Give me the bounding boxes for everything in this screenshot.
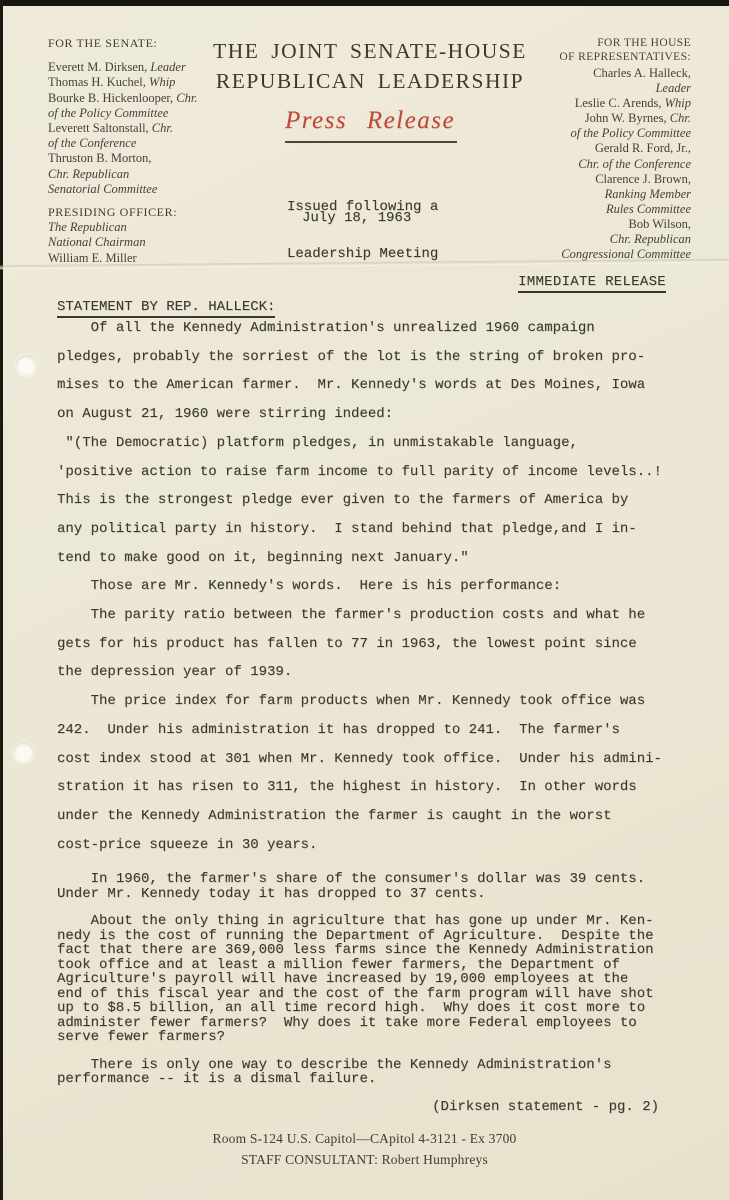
house-member-line: Bob Wilson, [476,217,691,232]
organization-title-line-2: REPUBLICAN LEADERSHIP [200,66,540,96]
house-member-line: Clarence J. Brown, [476,172,691,187]
immediate-release-label: IMMEDIATE RELEASE [518,274,666,293]
senate-member-line: Thruston B. Morton, [48,151,240,166]
press-release-document: FOR THE SENATE: Everett M. Dirksen, Lead… [0,0,729,1200]
house-member-line: Rules Committee [476,202,691,217]
presiding-officer-heading: PRESIDING OFFICER: [48,205,240,220]
statement-body: Of all the Kennedy Administration's unre… [57,314,675,1114]
release-date: July 18, 1963 [302,210,411,226]
footer: Room S-124 U.S. Capitol—CApitol 4-3121 -… [0,1128,729,1170]
house-member-line: Ranking Member [476,187,691,202]
senate-member-line: of the Conference [48,136,240,151]
issued-following-note: Issued following a Leadership Meeting [287,169,438,293]
dirksen-attribution: (Dirksen statement - pg. 2) [57,1100,675,1115]
presiding-officer-line: William E. Miller [48,251,240,266]
issued-note-line-2: Leadership Meeting [287,247,438,263]
organization-title: THE JOINT SENATE-HOUSE REPUBLICAN LEADER… [200,36,540,96]
body-paragraph: About the only thing in agriculture that… [57,914,675,1045]
house-member-line: Chr. Republican [476,232,691,247]
body-paragraph: In 1960, the farmer's share of the consu… [57,872,675,901]
presiding-officer-line: The Republican [48,220,240,235]
body-paragraph-quote: "(The Democratic) platform pledges, in u… [57,429,675,573]
press-release-banner: Press Release [200,107,540,135]
organization-title-line-1: THE JOINT SENATE-HOUSE [200,36,540,66]
body-paragraph: There is only one way to describe the Ke… [57,1058,675,1087]
body-paragraph: The price index for farm products when M… [57,687,675,859]
body-paragraph: Those are Mr. Kennedy's words. Here is h… [57,572,675,601]
senate-member-line: Chr. Republican [48,167,240,182]
house-member-line: Gerald R. Ford, Jr., [476,141,691,156]
body-paragraph: Of all the Kennedy Administration's unre… [57,314,675,429]
footer-staff-consultant-line: STAFF CONSULTANT: Robert Humphreys [0,1149,729,1170]
senate-member-line: Senatorial Committee [48,182,240,197]
presiding-officer-line: National Chairman [48,235,240,250]
press-release-underline [285,141,457,143]
house-member-line: Congressional Committee [476,247,691,262]
scan-edge-top [0,0,729,6]
scan-edge-left [0,0,3,1200]
body-paragraph: The parity ratio between the farmer's pr… [57,601,675,687]
footer-contact-line: Room S-124 U.S. Capitol—CApitol 4-3121 -… [0,1128,729,1149]
punch-hole-middle [13,742,34,763]
punch-hole-top [16,355,37,376]
house-member-line: Chr. of the Conference [476,157,691,172]
